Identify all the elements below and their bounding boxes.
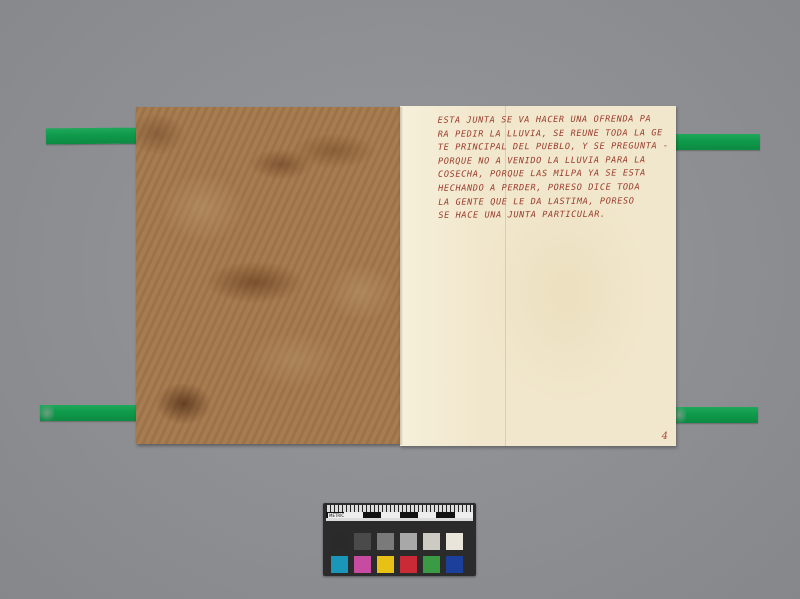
text-line: SE HACE UNA JUNTA PARTICULAR. — [438, 208, 676, 223]
grayscale-swatch-row — [331, 533, 463, 550]
ruler-label: METRIC — [328, 513, 345, 518]
color-swatch — [354, 556, 371, 573]
ribbon-top-right — [672, 134, 760, 150]
scale-ruler: METRIC — [326, 505, 473, 521]
color-swatch — [423, 556, 440, 573]
page-number: 4 — [662, 431, 668, 442]
color-swatch — [331, 556, 348, 573]
color-swatch — [446, 556, 463, 573]
gray-swatch — [377, 533, 394, 550]
text-line: COSECHA, PORQUE LAS MILPA YA SE ESTA — [438, 168, 676, 183]
ribbon-top-left — [46, 128, 138, 145]
gray-swatch — [446, 533, 463, 550]
handwritten-text: ESTA JUNTA SE VA HACER UNA OFRENDA PA RA… — [438, 113, 677, 223]
ruler-blocks — [326, 512, 473, 520]
gray-swatch — [354, 533, 371, 550]
manuscript-page: ESTA JUNTA SE VA HACER UNA OFRENDA PA RA… — [400, 106, 676, 446]
text-line: TE PRINCIPAL DEL PUEBLO, Y SE PREGUNTA - — [438, 140, 676, 155]
color-swatch-row — [331, 556, 463, 573]
gray-swatch — [400, 533, 417, 550]
text-line: ESTA JUNTA SE VA HACER UNA OFRENDA PA — [438, 113, 676, 128]
gray-swatch — [423, 533, 440, 550]
color-swatch — [377, 556, 394, 573]
ribbon-bottom-left — [40, 405, 138, 421]
gray-swatch — [331, 533, 348, 550]
color-calibration-target: METRIC — [323, 503, 476, 576]
book-gutter — [400, 107, 403, 445]
ribbon-bottom-right — [672, 407, 758, 423]
marbled-cover-page — [136, 107, 400, 444]
color-swatch — [400, 556, 417, 573]
